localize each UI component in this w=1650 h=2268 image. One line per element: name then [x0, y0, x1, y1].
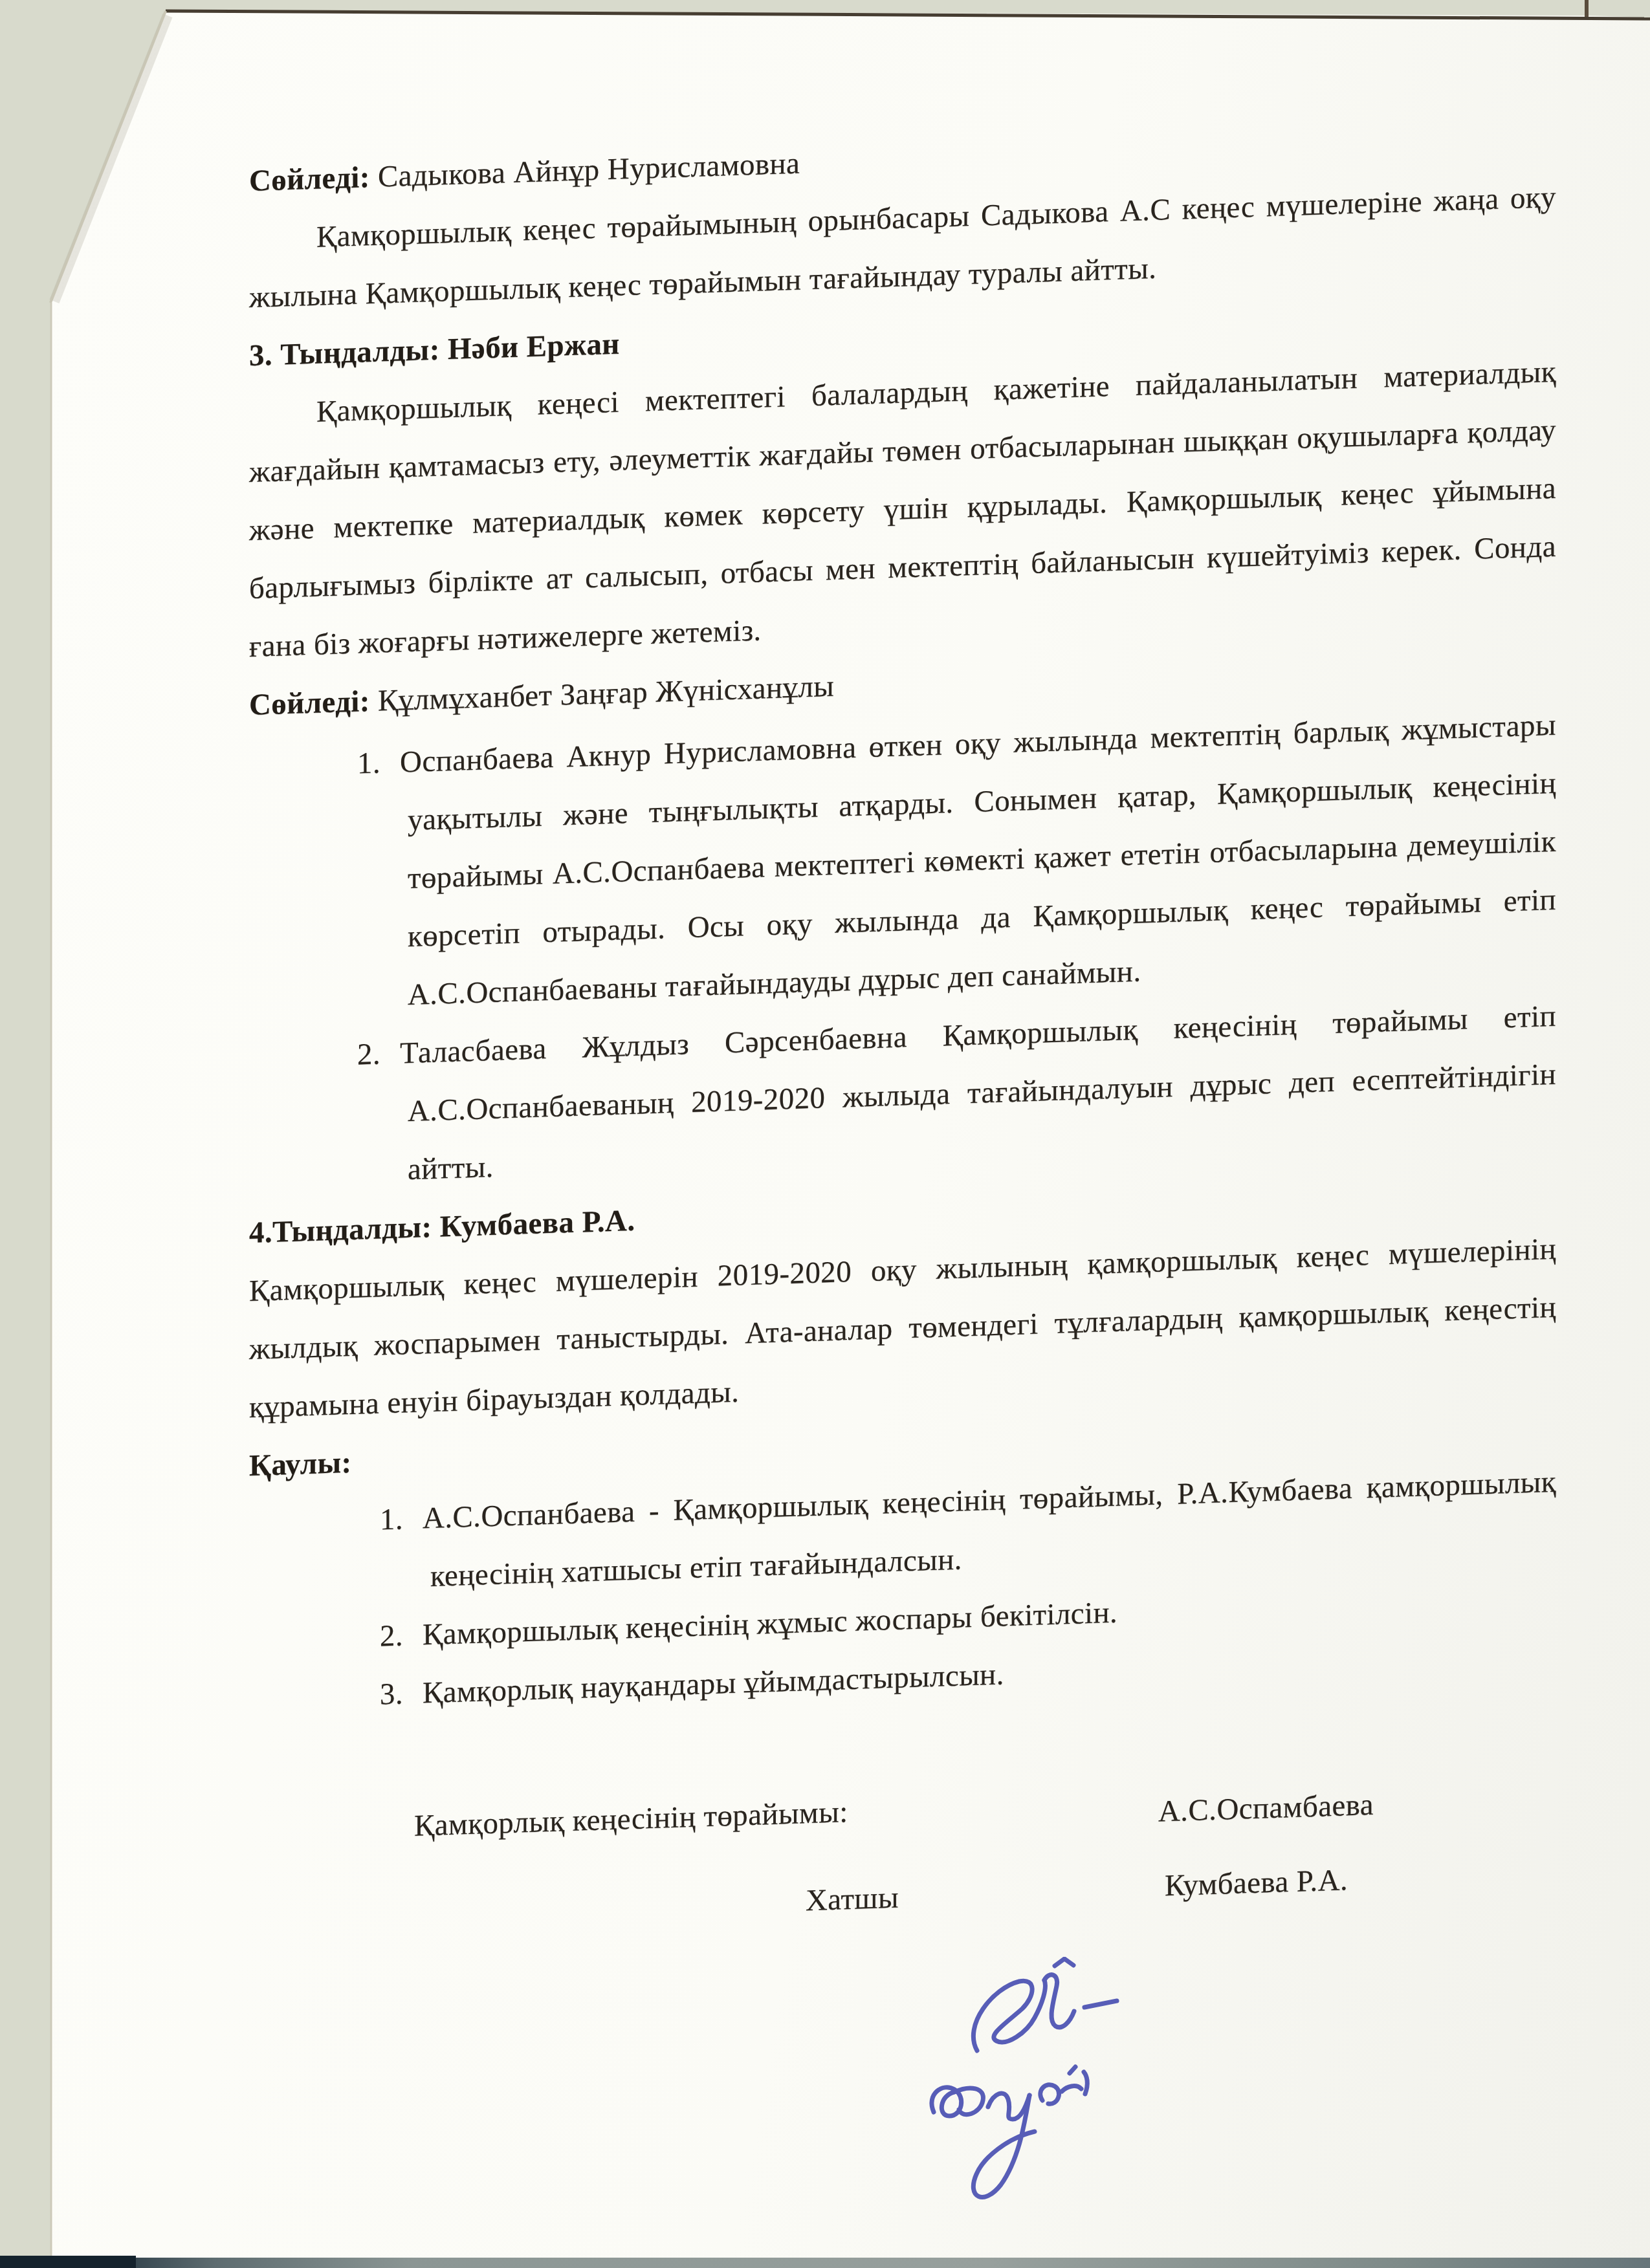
signature-name: Кумбаева Р.А.	[1165, 1851, 1348, 1915]
signature-role: Қамқорлық кеңесінің төрайымы:	[414, 1783, 848, 1855]
paragraph-2: Қамқоршылық кеңесі мектептегі балалардың…	[249, 343, 1556, 676]
spoke-label: Сөйледі:	[249, 684, 370, 722]
signature-role: Хатшы	[806, 1869, 899, 1930]
list-item-text: Қамқорлық науқандары ұйымдастырылсын.	[423, 1657, 1004, 1710]
document-body: Сөйледі: Садыкова Айнұр Нурисламовна Қам…	[249, 110, 1556, 1974]
signature-name: А.С.Оспамбаева	[1158, 1776, 1374, 1841]
list-item-number: 1.	[357, 746, 380, 780]
speaker-points-list: 1.Оспанбаева Акнур Нурисламовна өткен оқ…	[249, 696, 1556, 1204]
spoke-label: Сөйледі:	[249, 160, 370, 198]
list-item-number: 1.	[380, 1502, 403, 1536]
scanned-document: { "page": { "colors": { "ink": "#29241e"…	[0, 0, 1650, 2268]
list-item: 1.Оспанбаева Акнур Нурисламовна өткен оқ…	[249, 696, 1556, 1029]
speaker-name: Құлмұханбет Заңғар Жүнісханұлы	[378, 670, 834, 718]
list-item-text: Оспанбаева Акнур Нурисламовна өткен оқу …	[400, 708, 1556, 1012]
list-item-text: Қамқоршылық кеңесінің жұмыс жоспары бекі…	[423, 1596, 1117, 1652]
list-item-text: Таласбаева Жұлдыз Сәрсенбаевна Қамқоршыл…	[400, 999, 1556, 1186]
resolution-list: 1.А.С.Оспанбаева - Қамқоршылық кеңесінің…	[249, 1453, 1556, 1728]
speaker-name: Садыкова Айнұр Нурисламовна	[378, 147, 800, 194]
list-item-number: 2.	[380, 1619, 403, 1653]
signature-block: Қамқорлық кеңесінің төрайымы: А.С.Оспамб…	[249, 1725, 1556, 1974]
list-item-number: 2.	[357, 1037, 380, 1071]
list-item-number: 3.	[380, 1677, 403, 1711]
